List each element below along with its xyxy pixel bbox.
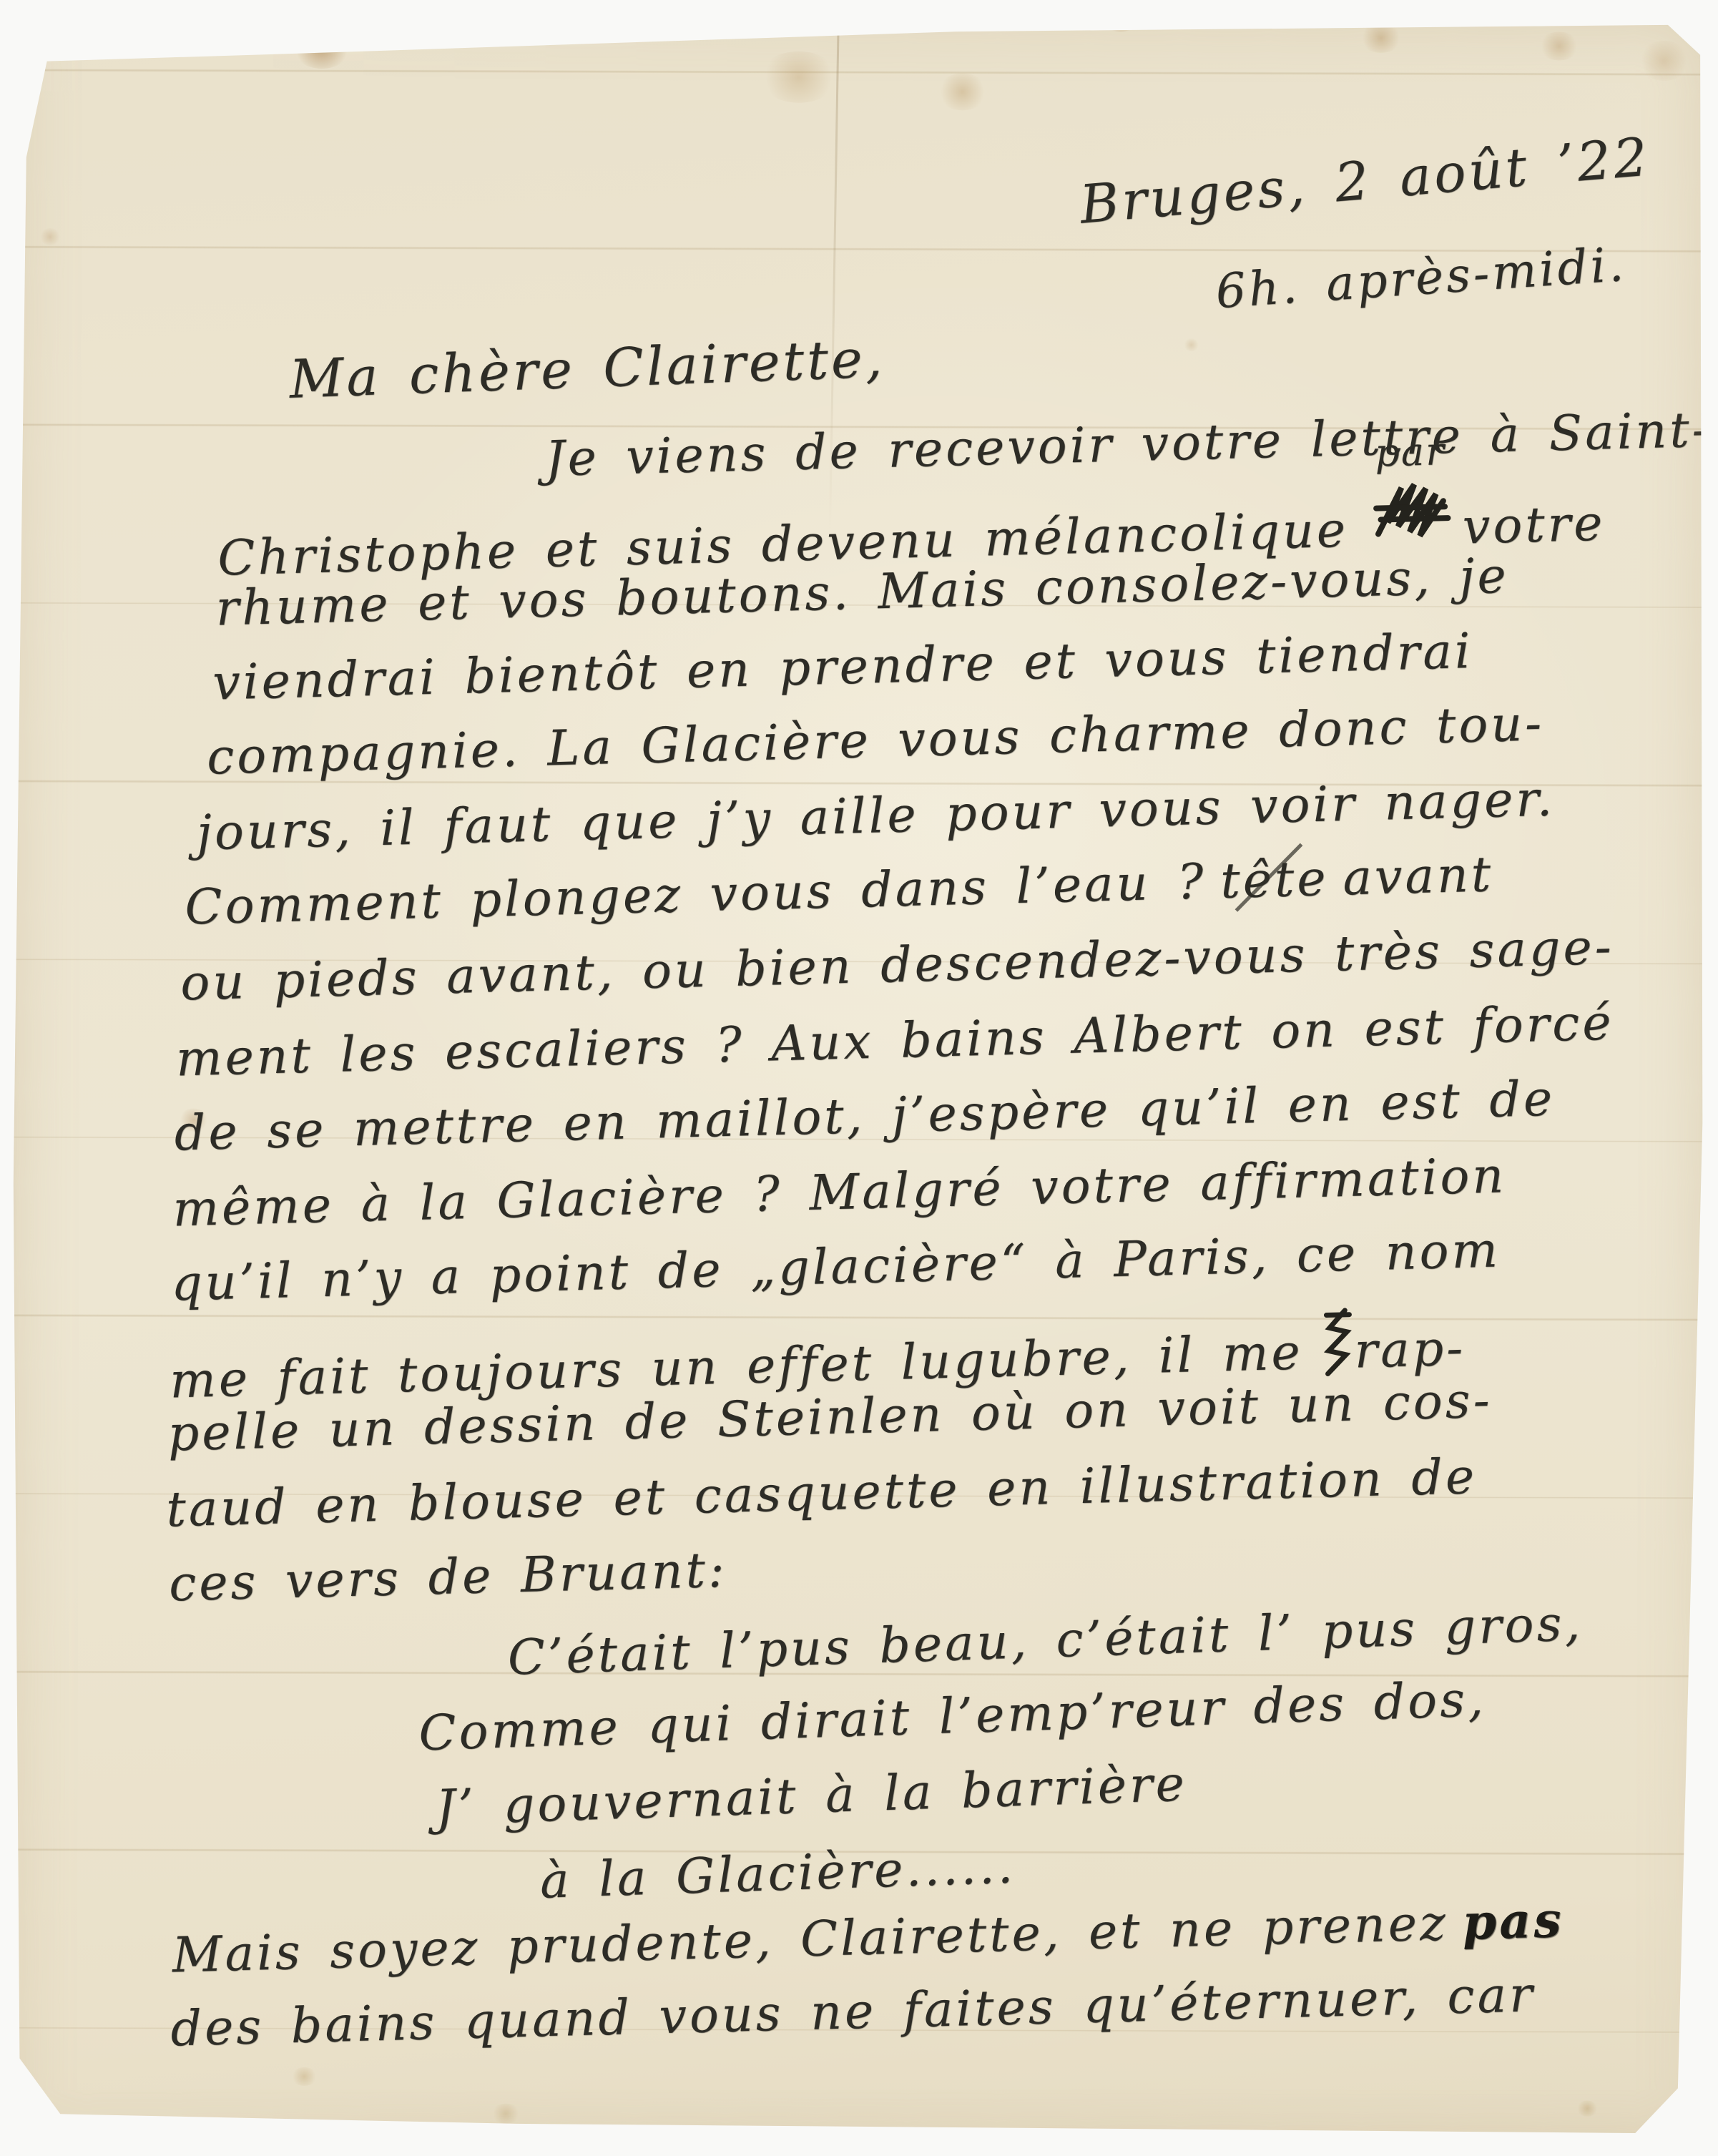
letter-line: viendrai bientôt en prendre et vous tien…: [212, 627, 1474, 708]
verse-line: C’était l’pus beau, c’était l’ pus gros,: [507, 1599, 1584, 1683]
ink-scribble-strike: [1322, 1306, 1354, 1378]
foxing-stain: [226, 14, 269, 46]
letter-line: jours, il faut que j’y aille pour vous v…: [196, 775, 1556, 858]
letter-line: Mais soyez prudente, Clairette, et ne pr…: [172, 1896, 1564, 1980]
line-text: Comment plongez vous dans l’eau ?: [185, 853, 1207, 936]
ink-scribble-blot: [1371, 478, 1457, 546]
foxing-stain: [1106, 11, 1136, 32]
letter-line: des bains quand vous ne faites qu’éternu…: [170, 1971, 1536, 2054]
line-text: avant: [1342, 846, 1494, 906]
emphasized-word: pas: [1462, 1891, 1565, 1951]
line-text: votre: [1462, 496, 1606, 556]
verse-line: Comme qui dirait l’emp’reur des dos,: [418, 1675, 1486, 1758]
letter-page: Bruges, 2 août ’22 6h. après-midi. Ma ch…: [6, 8, 1712, 2148]
handwriting-layer: Bruges, 2 août ’22 6h. après-midi. Ma ch…: [6, 8, 1712, 2148]
slashed-word: tête: [1219, 855, 1329, 906]
verse-line: J’ gouvernait à la barrière: [435, 1760, 1187, 1833]
letter-line: compagnie. La Glacière vous charme donc …: [206, 700, 1545, 782]
letter-line: de se mettre en maillot, j’espère qu’il …: [174, 1075, 1556, 1159]
foxing-stain: [412, 9, 438, 27]
dateline-place-date: Bruges, 2 août ’22: [1078, 130, 1652, 231]
line-text: Mais soyez prudente, Clairette, et ne pr…: [172, 1895, 1449, 1984]
foxing-stain: [76, 22, 126, 58]
letter-line: qu’il n’y a point de „glacière“ à Paris,…: [170, 1226, 1501, 1308]
verse-line: à la Glacière......: [539, 1842, 1016, 1906]
salutation: Ma chère Clairette,: [288, 332, 885, 406]
line-text: rap-: [1354, 1320, 1467, 1380]
letter-line: ment les escaliers ? Aux bains Albert on…: [175, 999, 1614, 1084]
dateline-time: 6h. après-midi.: [1214, 241, 1628, 315]
crossed-out-word: par: [1371, 478, 1458, 554]
letter-line: ces vers de Bruant:: [168, 1547, 727, 1609]
inserted-word: par: [1375, 432, 1446, 472]
letter-line: Je viens de recevoir votre lettre à Sain…: [544, 406, 1712, 484]
letter-line: Comment plongez vous dans l’eau ?têteava…: [185, 851, 1494, 932]
letter-line: taud en blouse et casquette en illustrat…: [166, 1453, 1478, 1534]
letter-line: même à la Glacière ? Malgré votre affirm…: [172, 1152, 1507, 1234]
letter-line: ou pieds avant, ou bien descendez-vous t…: [180, 923, 1614, 1009]
